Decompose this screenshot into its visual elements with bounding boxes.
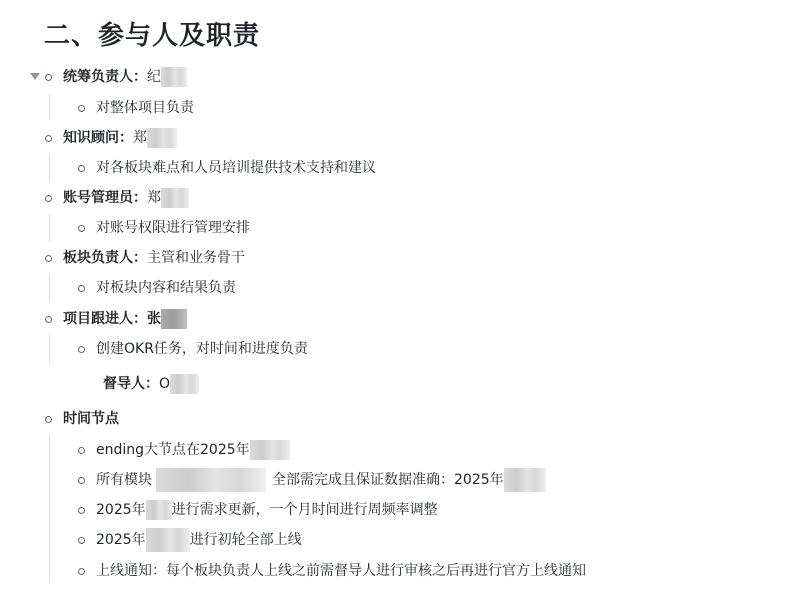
list-item-duty[interactable]: 创建OKR任务，对时间和进度负责	[78, 338, 308, 360]
hollow-circle-bullet-icon	[78, 537, 85, 544]
list-item-duty[interactable]: 对账号权限进行管理安排	[78, 217, 250, 239]
hollow-circle-bullet-icon	[78, 165, 85, 172]
timeline-text: 进行初轮全部上线	[190, 529, 302, 551]
timeline-text: 所有模块	[96, 469, 152, 491]
duty-text: 对各板块难点和人员培训提供技术支持和建议	[96, 157, 376, 179]
redacted-date	[146, 500, 172, 520]
timeline-item[interactable]: 上线通知：每个板块负责人上线之前需督导人进行审核之后再进行官方上线通知	[78, 560, 586, 582]
timeline-item[interactable]: 所有模块 全部需完成且保证数据准确：2025年	[78, 469, 546, 491]
hollow-circle-bullet-icon	[78, 447, 85, 454]
supervisor-label: 督导人：	[103, 373, 159, 395]
timeline-text: 上线通知：每个板块负责人上线之前需督导人进行审核之后再进行官方上线通知	[96, 560, 586, 582]
list-item-duty[interactable]: 对整体项目负责	[78, 97, 194, 119]
list-item-timeline[interactable]: 时间节点	[45, 408, 119, 430]
indent-guide-line	[49, 435, 50, 583]
hollow-circle-bullet-icon	[45, 255, 52, 262]
list-item-role[interactable]: 知识顾问： 郑	[45, 127, 177, 149]
hollow-circle-bullet-icon	[78, 346, 85, 353]
role-value: 主管和业务骨干	[147, 247, 245, 269]
redacted-name	[161, 67, 187, 87]
role-label: 账号管理员：	[63, 187, 147, 209]
hollow-circle-bullet-icon	[45, 74, 52, 81]
redacted-date	[250, 440, 290, 460]
redacted-module	[156, 468, 266, 492]
page-heading: 二、参与人及职责	[44, 16, 260, 56]
timeline-item[interactable]: ending大节点在2025年	[78, 439, 290, 461]
redacted-name	[170, 374, 199, 394]
duty-text: 创建OKR任务，对时间和进度负责	[96, 338, 308, 360]
hollow-circle-bullet-icon	[45, 416, 52, 423]
timeline-text: 2025年	[96, 499, 146, 521]
list-item-duty[interactable]: 对板块内容和结果负责	[78, 277, 236, 299]
timeline-label: 时间节点	[63, 408, 119, 430]
role-label: 板块负责人：	[63, 247, 147, 269]
list-item-role[interactable]: 板块负责人： 主管和业务骨干	[45, 247, 245, 269]
timeline-text: 2025年	[96, 529, 146, 551]
supervisor-line[interactable]: 督导人： O	[103, 373, 199, 395]
hollow-circle-bullet-icon	[78, 507, 85, 514]
role-value: 纪	[147, 66, 161, 88]
hollow-circle-bullet-icon	[78, 477, 85, 484]
hollow-circle-bullet-icon	[45, 316, 52, 323]
redacted-date	[146, 528, 190, 552]
role-value: 郑	[133, 127, 147, 149]
timeline-text: 全部需完成且保证数据准确：2025年	[272, 469, 504, 491]
redacted-name	[161, 309, 187, 329]
list-item-role[interactable]: 项目跟进人： 张	[45, 308, 187, 330]
role-value: 郑	[147, 187, 161, 209]
timeline-text: 进行需求更新，一个月时间进行周频率调整	[172, 499, 438, 521]
role-label: 项目跟进人：	[63, 308, 147, 330]
list-item-role[interactable]: 统筹负责人： 纪	[45, 66, 187, 88]
hollow-circle-bullet-icon	[45, 195, 52, 202]
timeline-text: ending大节点在2025年	[96, 439, 250, 461]
timeline-item[interactable]: 2025年 进行需求更新，一个月时间进行周频率调整	[78, 499, 438, 521]
indent-guide-line	[49, 154, 50, 182]
indent-guide-line	[49, 214, 50, 242]
duty-text: 对账号权限进行管理安排	[96, 217, 250, 239]
timeline-item[interactable]: 2025年 进行初轮全部上线	[78, 529, 302, 551]
redacted-name	[161, 188, 189, 208]
indent-guide-line	[49, 94, 50, 120]
role-label: 知识顾问：	[63, 127, 133, 149]
duty-text: 对整体项目负责	[96, 97, 194, 119]
list-item-role[interactable]: 账号管理员： 郑	[45, 187, 189, 209]
duty-text: 对板块内容和结果负责	[96, 277, 236, 299]
indent-guide-line	[49, 335, 50, 363]
hollow-circle-bullet-icon	[78, 568, 85, 575]
hollow-circle-bullet-icon	[78, 105, 85, 112]
indent-guide-line	[49, 274, 50, 302]
triangle-down-icon[interactable]	[30, 73, 40, 80]
role-value: 张	[147, 308, 161, 330]
redacted-date	[504, 468, 546, 492]
supervisor-value: O	[159, 373, 170, 395]
hollow-circle-bullet-icon	[45, 135, 52, 142]
hollow-circle-bullet-icon	[78, 285, 85, 292]
list-item-duty[interactable]: 对各板块难点和人员培训提供技术支持和建议	[78, 157, 376, 179]
hollow-circle-bullet-icon	[78, 225, 85, 232]
redacted-name	[147, 128, 177, 148]
role-label: 统筹负责人：	[63, 66, 147, 88]
